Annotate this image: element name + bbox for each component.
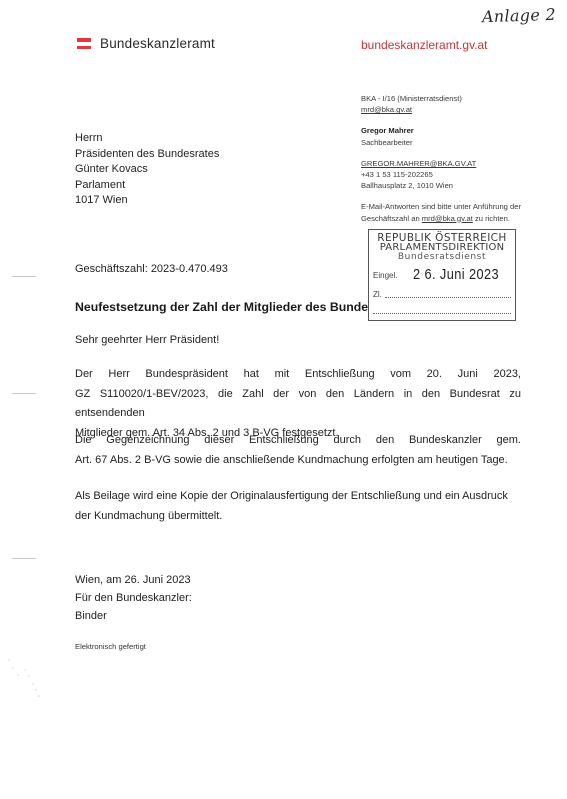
sender-phone: +43 1 53 115-202265: [361, 169, 521, 180]
reply-note-text-end: zu richten.: [473, 214, 510, 223]
paragraph-line: GZ S110020/1-BEV/2023, die Zahl der von …: [75, 385, 521, 424]
paragraph-line: Als Beilage wird eine Kopie der Original…: [75, 487, 521, 507]
recipient-line: Parlament: [75, 178, 219, 194]
on-behalf-of: Für den Bundeskanzler:: [75, 589, 192, 607]
recipient-line: Herrn: [75, 131, 219, 147]
logo-text: Bundeskanzleramt: [100, 36, 215, 51]
fold-mark: [12, 558, 36, 559]
stamp-dotted-line: [373, 313, 511, 314]
electronic-signature-note: Elektronisch gefertigt: [75, 642, 146, 651]
reply-note-line2: Geschäftszahl an mrd@bka.gv.at zu richte…: [361, 213, 521, 224]
stamp-received-label: Eingel.: [373, 271, 397, 280]
recipient-line: Präsidenten des Bundesrates: [75, 147, 219, 163]
received-stamp: REPUBLIK ÖSTERREICH PARLAMENTSDIREKTION …: [368, 229, 516, 321]
paragraph-line: Art. 67 Abs. 2 B-VG sowie die anschließe…: [75, 451, 521, 471]
signatory: Binder: [75, 607, 192, 625]
austrian-flag-icon: [77, 38, 91, 49]
reply-email-link[interactable]: mrd@bka.gv.at: [422, 214, 473, 223]
closing-block: Wien, am 26. Juni 2023 Für den Bundeskan…: [75, 571, 192, 625]
recipient-address: Herrn Präsidenten des Bundesrates Günter…: [75, 131, 219, 209]
letter-subject: Neufestsetzung der Zahl der Mitglieder d…: [75, 300, 404, 314]
paragraph-enclosure: Als Beilage wird eine Kopie der Original…: [75, 487, 521, 526]
website-link[interactable]: bundeskanzleramt.gv.at: [361, 38, 488, 52]
sender-block: BKA - I/16 (Ministerratsdienst) mrd@bka.…: [361, 93, 521, 224]
reply-note-text: Geschäftszahl an: [361, 214, 422, 223]
sender-role: Sachbearbeiter: [361, 137, 521, 148]
place-date: Wien, am 26. Juni 2023: [75, 571, 192, 589]
fold-mark: [12, 276, 36, 277]
stamp-line3: Bundesratsdienst: [369, 252, 515, 262]
reference-number: Geschäftszahl: 2023-0.470.493: [75, 263, 228, 275]
stamp-dotted-line: [385, 297, 511, 298]
paragraph-countersignature: Die Gegenzeichnung dieser Entschließung …: [75, 431, 521, 470]
recipient-line: 1017 Wien: [75, 193, 219, 209]
scan-specks: [5, 640, 55, 700]
paragraph-line: der Kundmachung übermittelt.: [75, 507, 521, 527]
stamp-reference-label: Zl.: [373, 290, 382, 299]
sender-department: BKA - I/16 (Ministerratsdienst): [361, 93, 521, 104]
recipient-line: Günter Kovacs: [75, 162, 219, 178]
sender-address: Ballhausplatz 2, 1010 Wien: [361, 180, 521, 191]
salutation: Sehr geehrter Herr Präsident!: [75, 334, 219, 346]
fold-mark: [12, 393, 36, 394]
stamp-received-date: 2 6. Juni 2023: [413, 266, 499, 283]
department-email-link[interactable]: mrd@bka.gv.at: [361, 104, 521, 115]
reply-note-line1: E-Mail-Antworten sind bitte unter Anführ…: [361, 201, 521, 212]
sender-email-link[interactable]: GREGOR.MAHRER@BKA.GV.AT: [361, 158, 521, 169]
sender-name: Gregor Mahrer: [361, 125, 521, 136]
bka-logo: Bundeskanzleramt: [77, 36, 215, 51]
handwritten-annotation: Anlage 2: [482, 5, 557, 27]
paragraph-line: Die Gegenzeichnung dieser Entschließung …: [75, 431, 521, 451]
paragraph-line: Der Herr Bundespräsident hat mit Entschl…: [75, 365, 521, 385]
